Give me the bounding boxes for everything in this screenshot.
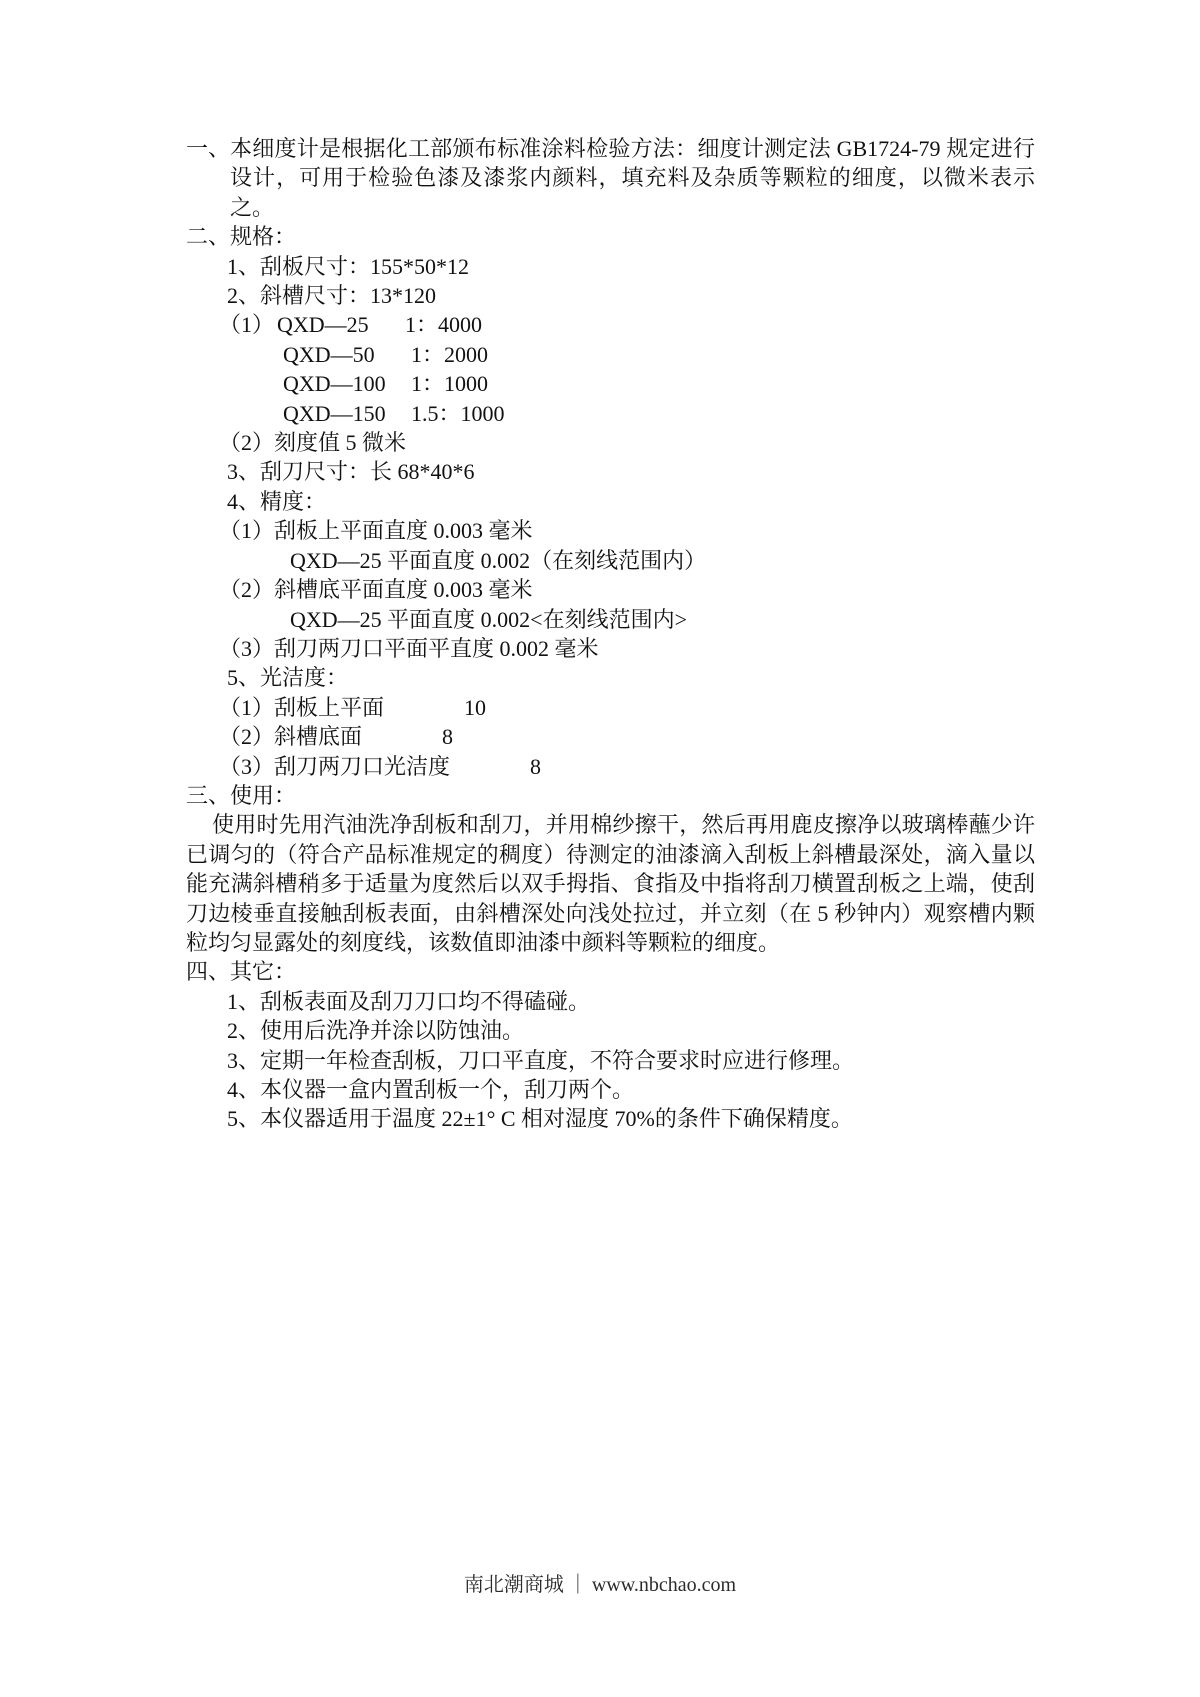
qxd-model: QXD—100 [283,369,411,398]
spec-item-scraper-plate-size: 1、刮板尺寸：155*50*12 [186,252,1035,281]
spec-item-finish-heading: 5、光洁度： [186,663,1035,692]
qxd-model: QXD—150 [283,399,411,428]
footer-site-name: 南北潮商城 [464,1574,564,1596]
spec-item-scale-value: （2）刻度值 5 微米 [186,428,1035,457]
other-item: 3、定期一年检查刮板，刀口平直度，不符合要求时应进行修理。 [186,1046,1035,1075]
qxd-ratio: 1：4000 [405,310,482,339]
finish-value: 8 [530,752,541,781]
qxd-ratio: 1：2000 [411,340,488,369]
other-item: 4、本仪器一盒内置刮板一个，刮刀两个。 [186,1075,1035,1104]
spec-item-groove-size: 2、斜槽尺寸：13*120 [186,281,1035,310]
section-4-title: 其它： [230,957,1035,986]
precision-item-1-note: QXD—25 平面直度 0.002（在刻线范围内） [186,546,1035,575]
other-item: 2、使用后洗净并涂以防蚀油。 [186,1016,1035,1045]
finish-value: 8 [442,722,453,751]
finish-value: 10 [464,693,486,722]
precision-item-2-note: QXD—25 平面直度 0.002<在刻线范围内> [186,605,1035,634]
section-2-title: 规格： [230,222,1035,251]
qxd-model: QXD—25 [277,310,405,339]
precision-item-3: （3）刮刀两刀口平面平直度 0.002 毫米 [186,634,1035,663]
other-item: 1、刮板表面及刮刀刀口均不得磕碰。 [186,987,1035,1016]
finish-label: （3）刮刀两刀口光洁度 [219,752,450,781]
usage-paragraph: 使用时先用汽油洗净刮板和刮刀，并用棉纱擦干，然后再用鹿皮擦净以玻璃棒蘸少许已调匀… [186,810,1035,957]
qxd-row: QXD—100 1：1000 [186,369,1035,398]
section-3-marker: 三、 [186,781,230,810]
qxd-model: QXD—50 [283,340,411,369]
section-4-heading: 四、 其它： [186,957,1035,986]
spec-item-blade-size: 3、刮刀尺寸：长 68*40*6 [186,457,1035,486]
section-1-marker: 一、 [186,134,230,163]
other-item: 5、本仪器适用于温度 22±1° C 相对湿度 70%的条件下确保精度。 [186,1104,1035,1133]
qxd-row: QXD—150 1.5：1000 [186,399,1035,428]
spec-item-precision-heading: 4、精度： [186,487,1035,516]
section-3-title: 使用： [230,781,1035,810]
footer-separator: ｜ [568,1574,588,1596]
section-4-marker: 四、 [186,957,230,986]
section-1-text: 本细度计是根据化工部颁布标准涂料检验方法：细度计测定法 GB1724-79 规定… [230,134,1035,222]
qxd-ratio: 1：1000 [411,369,488,398]
qxd-ratio: 1.5：1000 [411,399,505,428]
finish-row: （3）刮刀两刀口光洁度 8 [186,752,1035,781]
document-content: 一、 本细度计是根据化工部颁布标准涂料检验方法：细度计测定法 GB1724-79… [186,134,1035,1134]
document-page: 一、 本细度计是根据化工部颁布标准涂料检验方法：细度计测定法 GB1724-79… [0,0,1200,1697]
precision-item-1: （1）刮板上平面直度 0.003 毫米 [186,516,1035,545]
footer-url: www.nbchao.com [592,1574,736,1596]
qxd-row: QXD—50 1：2000 [186,340,1035,369]
section-3-heading: 三、 使用： [186,781,1035,810]
finish-row: （1）刮板上平面 10 [186,693,1035,722]
section-1: 一、 本细度计是根据化工部颁布标准涂料检验方法：细度计测定法 GB1724-79… [186,134,1035,222]
precision-item-2: （2）斜槽底平面直度 0.003 毫米 [186,575,1035,604]
finish-label: （1）刮板上平面 [219,693,384,722]
section-2-heading: 二、 规格： [186,222,1035,251]
footer: 南北潮商城｜www.nbchao.com [0,1568,1200,1597]
finish-label: （2）斜槽底面 [219,722,362,751]
finish-row: （2）斜槽底面 8 [186,722,1035,751]
qxd-row: （1） QXD—25 1：4000 [186,310,1035,339]
section-2-marker: 二、 [186,222,230,251]
qxd-sub-marker: （1） [219,310,277,339]
